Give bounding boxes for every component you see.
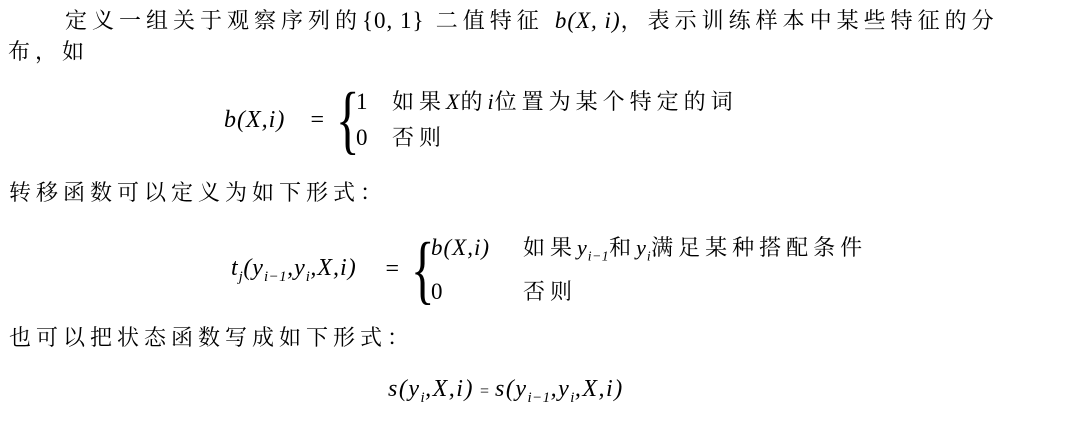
math-var: (y: [243, 255, 264, 281]
math-var: ,y: [287, 255, 306, 281]
math-var: ,X,i): [575, 376, 624, 402]
intro-text: 二值特征: [425, 8, 555, 33]
math-var: s(y: [495, 376, 527, 402]
page: { "page": { "background": "#ffffff", "te…: [0, 0, 1068, 424]
math-subscript: i−1: [264, 268, 287, 284]
left-brace: {: [336, 84, 350, 156]
paragraph-state-function: 也可以把状态函数写成如下形式：: [9, 325, 414, 351]
case-condition: 如果yi−1和yi满足某种搭配条件: [523, 233, 867, 271]
math-var: ,y: [551, 376, 571, 402]
formula-transfer-function: tj(yi−1,yi,X,i) = { b(X,i) 如果yi−1和yi满足某种…: [231, 234, 867, 306]
math-var: y: [636, 235, 647, 260]
intro-text: ，表示训练样本中某些特征的分: [621, 8, 999, 33]
math-term: i: [487, 89, 494, 114]
math-var: s(y: [388, 376, 420, 402]
case-condition: 否则: [523, 277, 867, 307]
math-term: yi: [636, 235, 651, 260]
condition-text: 如果: [523, 235, 577, 260]
math-term: tj(yi−1,yi,X,i): [231, 255, 357, 286]
equals-sign: =: [304, 107, 332, 134]
formula2-cases: b(X,i) 如果yi−1和yi满足某种搭配条件 0 否则: [431, 233, 867, 307]
math-term: X: [446, 89, 460, 114]
formula-state-function: s(yi,X,i) = s(yi−1,yi,X,i): [388, 373, 624, 410]
math-term: s(yi,X,i): [388, 376, 474, 407]
equals-sign: =: [474, 383, 495, 401]
math-var: t: [231, 255, 239, 281]
formula1-lhs: b(X,i) =: [224, 107, 332, 134]
case-condition: 如果X的i位置为某个特定的词: [392, 87, 738, 117]
formula1-cases: 1 如果X的i位置为某个特定的词 0 否则: [356, 87, 738, 153]
condition-text: 满足某种搭配条件: [651, 235, 867, 260]
paragraph-intro-line2: 布，如: [8, 39, 89, 65]
condition-text: 如果: [392, 89, 446, 114]
paragraph-transfer-function: 转移函数可以定义为如下形式：: [9, 180, 387, 206]
condition-text: 和: [609, 235, 636, 260]
formula-binary-feature: b(X,i) = { 1 如果X的i位置为某个特定的词 0 否则: [224, 84, 738, 156]
math-term: b(X,i): [224, 107, 285, 134]
case-value: b(X,i): [431, 233, 523, 271]
math-term: s(yi−1,yi,X,i): [495, 376, 624, 407]
intro-text: 定义一组关于观察序列的: [65, 8, 362, 33]
feature-function-inline: b(X, i): [555, 8, 621, 33]
condition-text: 位置为某个特定的词: [495, 89, 738, 114]
formula2-lhs: tj(yi−1,yi,X,i) =: [231, 255, 407, 286]
case-condition: 否则: [392, 123, 738, 153]
math-term: yi−1: [577, 235, 609, 260]
math-subscript: i−1: [588, 248, 609, 263]
math-subscript: i−1: [527, 390, 550, 406]
paragraph-intro-line1: 定义一组关于观察序列的{0, 1} 二值特征 b(X, i)，表示训练样本中某些…: [65, 8, 999, 34]
case-value: 1: [356, 87, 392, 117]
math-var: y: [577, 235, 588, 260]
math-var: ,X,i): [425, 376, 474, 402]
case-value: 0: [431, 277, 523, 307]
math-var: ,X,i): [310, 255, 356, 281]
binary-set-notation: {0, 1}: [362, 8, 425, 33]
left-brace: {: [411, 234, 425, 306]
equals-sign: =: [379, 256, 407, 283]
case-value: 0: [356, 123, 392, 153]
condition-text: 的: [460, 89, 487, 114]
